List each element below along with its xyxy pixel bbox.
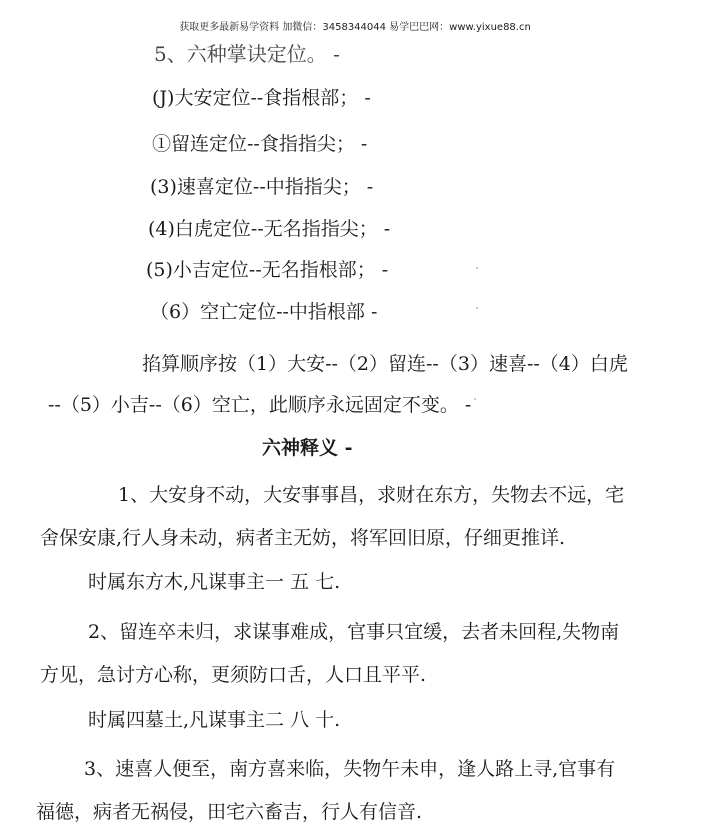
position-item-1: (J)大安定位--食指根部； -: [152, 86, 371, 110]
scan-speck: [476, 267, 478, 269]
position-item-2: ①留连定位--食指指尖； -: [152, 132, 367, 156]
scan-speck: [476, 307, 478, 309]
item-3-line-2: 福德，病者无祸侵，田宅六畜吉，行人有信音.: [36, 800, 422, 824]
scan-speck: [474, 398, 476, 400]
item-2-line-1: 2、留连卒未归，求谋事难成，官事只宜缓，去者未回程,失物南: [88, 620, 619, 644]
position-item-6: （6）空亡定位--中指根部 -: [150, 300, 377, 324]
item-2-line-3: 时属四墓土,凡谋事主二 八 十.: [88, 708, 340, 732]
liushen-heading: 六神释义 -: [262, 436, 353, 460]
section-title: 5、六种掌诀定位。 -: [154, 42, 340, 66]
position-item-5: (5)小吉定位--无名指根部； -: [146, 258, 388, 282]
item-2-line-2: 方见，急讨方心称，更须防口舌，人口且平平.: [40, 663, 426, 687]
item-3-line-1: 3、速喜人便至，南方喜来临，失物午未申，逢人路上寻,官事有: [84, 757, 615, 781]
item-1-line-3: 时属东方木,凡谋事主一 五 七.: [88, 570, 340, 594]
order-line-2: --（5）小吉--（6）空亡，此顺序永远固定不变。 -: [48, 393, 471, 417]
order-line-1: 掐算顺序按（1）大安--（2）留连--（3）速喜--（4）白虎: [142, 352, 628, 376]
position-item-4: (4)白虎定位--无名指指尖； -: [148, 217, 390, 241]
position-item-3: (3)速喜定位--中指指尖； -: [150, 175, 373, 199]
item-1-line-1: 1、大安身不动，大安事事昌，求财在东方，失物去不远，宅: [118, 483, 624, 507]
item-1-line-2: 舍保安康,行人身未动，病者主无妨，将军回旧原，仔细更推详.: [40, 526, 565, 550]
watermark-banner: 获取更多最新易学资料 加微信：3458344044 易学巴巴网：www.yixu…: [0, 18, 710, 33]
